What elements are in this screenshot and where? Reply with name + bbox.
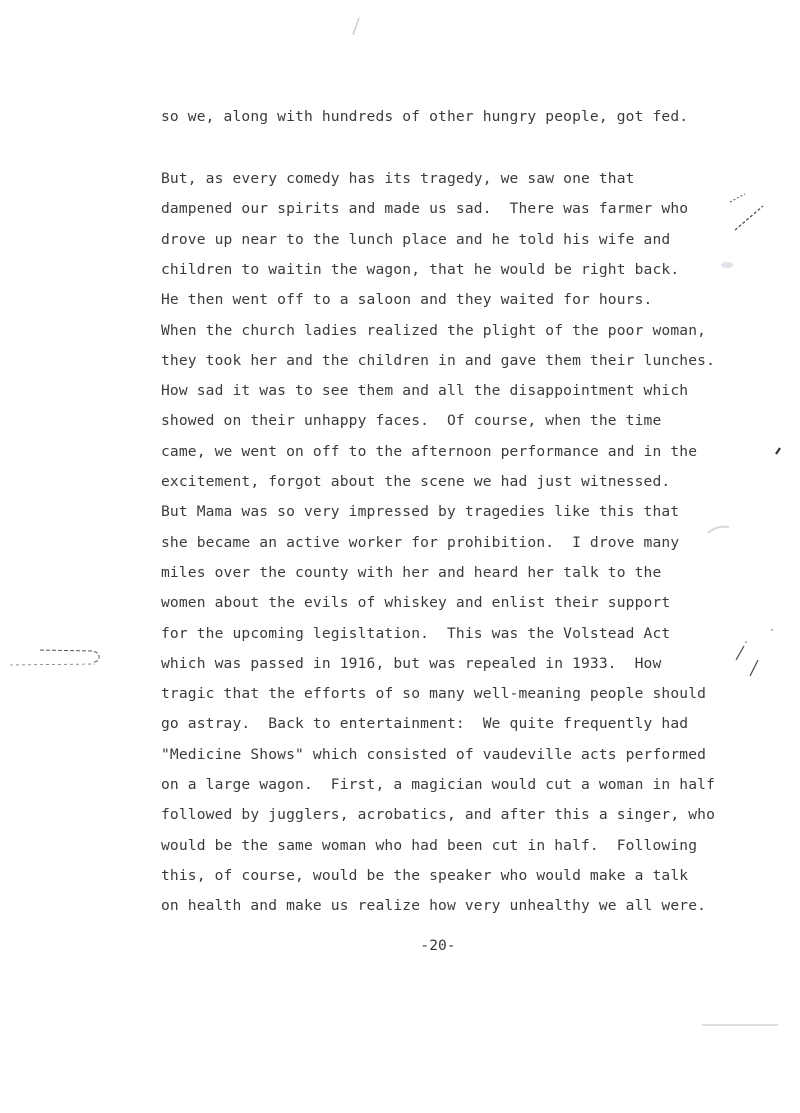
text-line: go astray. Back to entertainment: We qui… <box>161 715 688 733</box>
text-line: dampened our spirits and made us sad. Th… <box>161 200 688 218</box>
text-line: followed by jugglers, acrobatics, and af… <box>161 806 715 824</box>
page-number: -20- <box>0 937 800 954</box>
text-line: so we, along with hundreds of other hung… <box>161 108 688 126</box>
scan-mark-top <box>345 15 365 40</box>
scan-mark-right-lower <box>728 620 778 690</box>
text-line: this, of course, would be the speaker wh… <box>161 867 688 885</box>
text-line: "Medicine Shows" which consisted of vaud… <box>161 746 706 764</box>
text-line: she became an active worker for prohibit… <box>161 534 679 552</box>
scan-smudge-right <box>715 255 745 275</box>
text-line: they took her and the children in and ga… <box>161 352 715 370</box>
text-line: excitement, forgot about the scene we ha… <box>161 473 670 491</box>
text-line: But, as every comedy has its tragedy, we… <box>161 170 635 188</box>
text-line: But Mama was so very impressed by traged… <box>161 503 679 521</box>
text-line: which was passed in 1916, but was repeal… <box>161 655 661 673</box>
scan-mark-left <box>5 640 105 670</box>
text-line: When the church ladies realized the plig… <box>161 322 706 340</box>
text-line: women about the evils of whiskey and enl… <box>161 594 670 612</box>
text-line: came, we went on off to the afternoon pe… <box>161 443 697 461</box>
text-line: tragic that the efforts of so many well-… <box>161 685 706 703</box>
text-line: on a large wagon. First, a magician woul… <box>161 776 715 794</box>
text-line: for the upcoming legisltation. This was … <box>161 625 670 643</box>
text-line: children to waitin the wagon, that he wo… <box>161 261 679 279</box>
scan-mark-right-dot <box>770 440 790 460</box>
text-line: showed on their unhappy faces. Of course… <box>161 412 661 430</box>
scan-line-bottom-right <box>700 1020 780 1030</box>
text-line: miles over the county with her and heard… <box>161 564 661 582</box>
text-line: drove up near to the lunch place and he … <box>161 231 670 249</box>
document-page: so we, along with hundreds of other hung… <box>0 0 800 1113</box>
text-line: How sad it was to see them and all the d… <box>161 382 688 400</box>
text-line: on health and make us realize how very u… <box>161 897 706 915</box>
text-line: would be the same woman who had been cut… <box>161 837 697 855</box>
scan-mark-right-upper <box>725 190 775 240</box>
scan-smudge-right-mid <box>705 515 745 540</box>
text-line: He then went off to a saloon and they wa… <box>161 291 653 309</box>
